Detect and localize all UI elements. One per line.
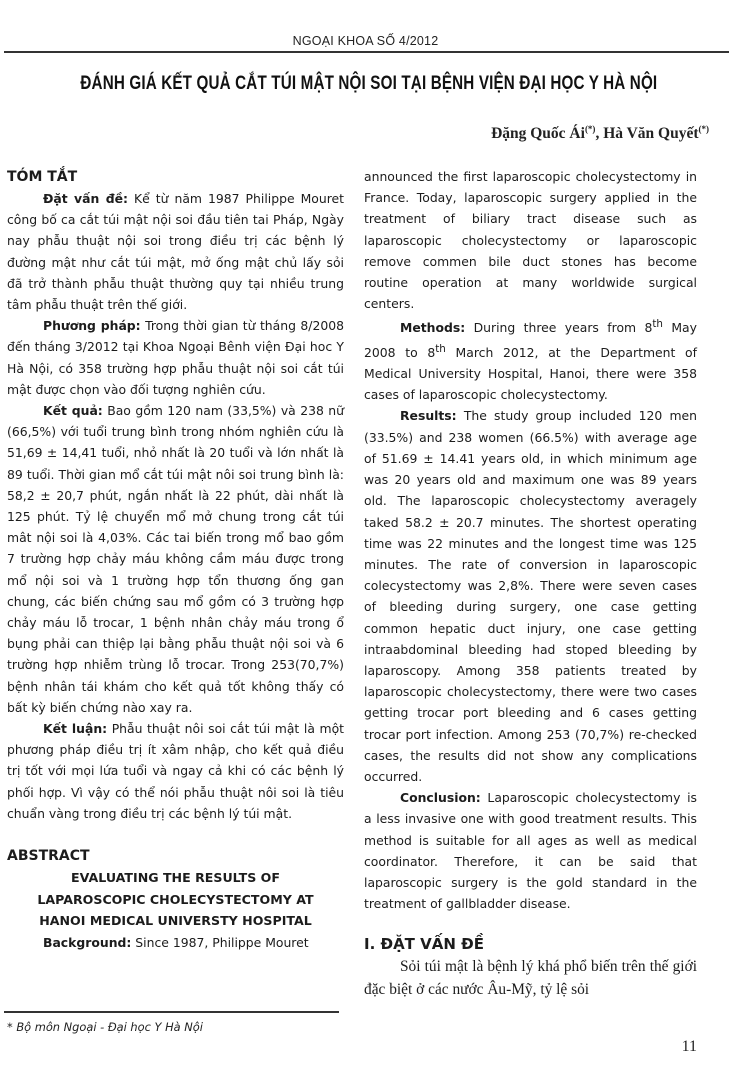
paragraph-lead: Conclusion: <box>400 790 481 805</box>
abstract-heading: ABSTRACT <box>7 845 344 867</box>
paragraph-text: Bao gồm 120 nam (33,5%) và 238 nữ (66,5%… <box>7 403 344 715</box>
author-affiliation-mark: (*) <box>699 124 710 134</box>
tom-tat-phuong-phap: Phương pháp: Trong thời gian từ tháng 8/… <box>7 315 344 400</box>
abstract-methods: Methods: During three years from 8th May… <box>364 314 697 405</box>
paragraph-lead: Results: <box>400 408 457 423</box>
tom-tat-ket-luan: Kết luận: Phẫu thuật nôi soi cắt túi mật… <box>7 718 344 824</box>
ordinal-suffix: th <box>435 343 446 355</box>
author-line: Đặng Quốc Ái(*), Hà Văn Quyết(*) <box>491 124 709 143</box>
paragraph-lead: Methods: <box>400 321 465 336</box>
page-number: 11 <box>682 1038 697 1056</box>
abstract-title-line: LAPAROSCOPIC CHOLECYSTECTOMY AT <box>7 889 344 911</box>
abstract-title-line: HANOI MEDICAL UNIVERSTY HOSPITAL <box>7 910 344 932</box>
paragraph-text: During three years from 8 <box>465 321 652 336</box>
abstract-title-line: EVALUATING THE RESULTS OF <box>7 867 344 889</box>
spacer <box>364 914 697 933</box>
tom-tat-dat-van-de: Đặt vấn đề: Kể từ năm 1987 Philippe Mour… <box>7 188 344 315</box>
paragraph-text: Kể từ năm 1987 Philippe Mouret công bố c… <box>7 191 344 312</box>
paragraph-text: The study group included 120 men (33.5%)… <box>364 408 697 783</box>
article-title: ĐÁNH GIÁ KẾT QUẢ CẮT TÚI MẬT NỘI SOI TẠI… <box>80 72 650 95</box>
left-column: TÓM TẮT Đặt vấn đề: Kể từ năm 1987 Phili… <box>7 166 344 953</box>
abstract-results: Results: The study group included 120 me… <box>364 405 697 787</box>
abstract-conclusion: Conclusion: Laparoscopic cholecystectomy… <box>364 787 697 914</box>
journal-page: NGOẠI KHOA SỐ 4/2012 ĐÁNH GIÁ KẾT QUẢ CẮ… <box>0 0 731 1081</box>
tom-tat-ket-qua: Kết quả: Bao gồm 120 nam (33,5%) và 238 … <box>7 400 344 718</box>
introduction-paragraph: Sỏi túi mật là bệnh lý khá phổ biến trên… <box>364 955 697 1001</box>
affiliation-footnote: * Bộ môn Ngoại - Đại học Y Hà Nội <box>7 1020 203 1034</box>
paragraph-text: Laparoscopic cholecystectomy is a less i… <box>364 790 697 911</box>
paragraph-lead: Đặt vấn đề: <box>43 191 128 206</box>
author-name: Đặng Quốc Ái <box>491 125 585 142</box>
running-head: NGOẠI KHOA SỐ 4/2012 <box>0 34 731 48</box>
right-column: announced the first laparoscopic cholecy… <box>364 166 697 1001</box>
abstract-background-start: Background: Since 1987, Philippe Mouret <box>7 932 344 953</box>
author-name: Hà Văn Quyết <box>603 125 698 142</box>
header-rule <box>4 51 729 53</box>
abstract-background-continued: announced the first laparoscopic cholecy… <box>364 166 697 314</box>
paragraph-lead: Background: <box>43 935 131 950</box>
paragraph-lead: Kết quả: <box>43 403 103 418</box>
footnote-rule <box>4 1011 339 1013</box>
paragraph-lead: Phương pháp: <box>43 318 141 333</box>
author-affiliation-mark: (*) <box>585 124 596 134</box>
ordinal-suffix: th <box>652 318 663 330</box>
paragraph-lead: Kết luận: <box>43 721 107 736</box>
paragraph-text: Since 1987, Philippe Mouret <box>131 935 308 950</box>
tom-tat-heading: TÓM TẮT <box>7 166 344 188</box>
spacer <box>7 824 344 845</box>
introduction-heading: I. ĐẶT VẤN ĐỀ <box>364 933 697 955</box>
